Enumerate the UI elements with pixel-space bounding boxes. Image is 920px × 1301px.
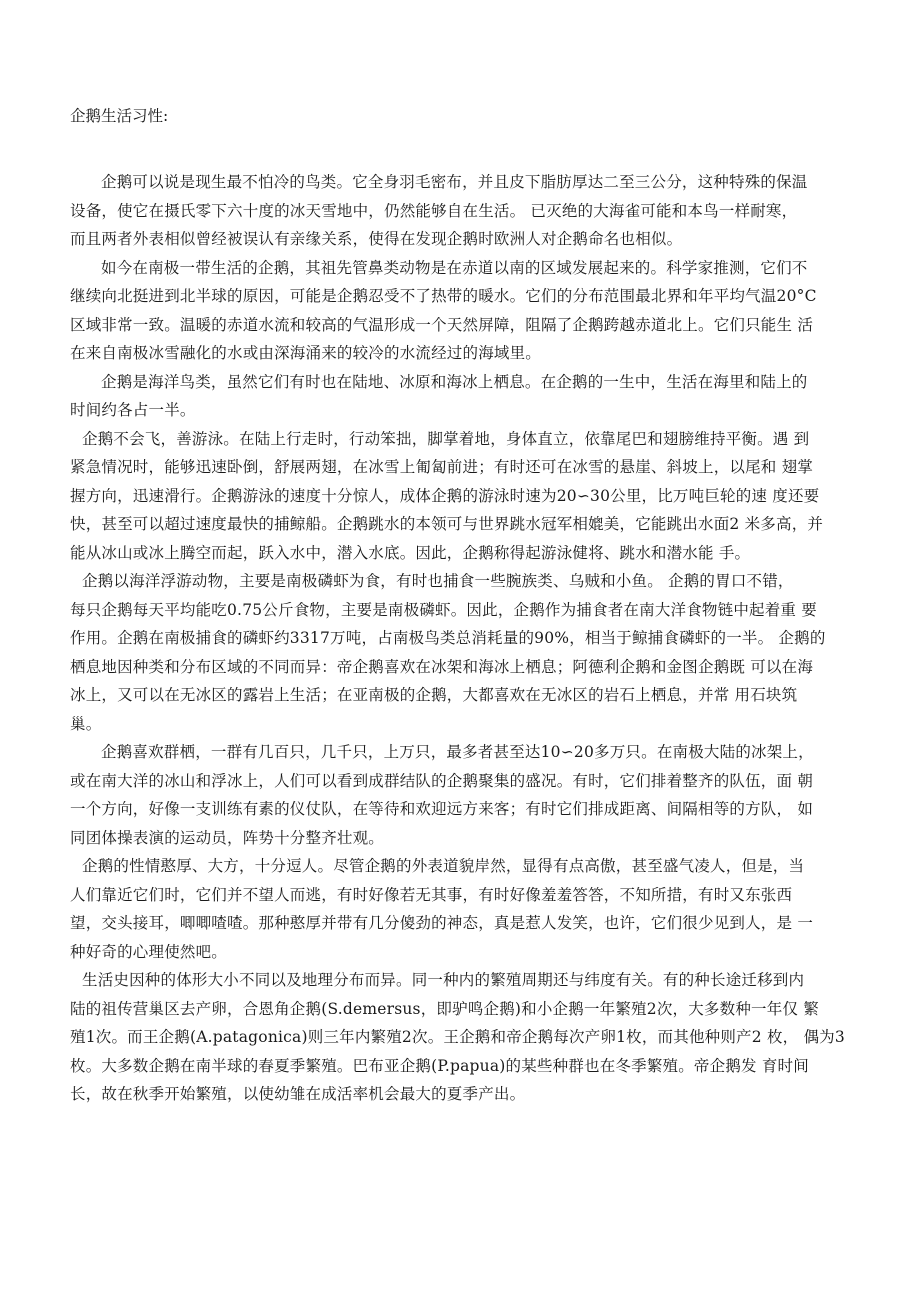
paragraph: 企鹅以海洋浮游动物，主要是南极磷虾为食，有时也捕食一些腕族类、乌贼和小鱼。 企鹅… bbox=[70, 567, 860, 738]
text-line: 同团体操表演的运动员，阵势十分整齐壮观。 bbox=[70, 824, 860, 853]
text-line: 快，甚至可以超过速度最快的捕鲸船。企鹅跳水的本领可与世界跳水冠军相媲美，它能跳出… bbox=[70, 510, 860, 539]
paragraph: 生活史因种的体形大小不同以及地理分布而异。同一种内的繁殖周期还与纬度有关。有的种… bbox=[70, 966, 860, 1109]
text-line: 作用。企鹅在南极捕食的磷虾约3317万吨，占南极鸟类总消耗量的90%，相当于鲸捕… bbox=[70, 624, 860, 653]
text-line: 长，故在秋季开始繁殖，以使幼雏在成活率机会最大的夏季产出。 bbox=[70, 1080, 860, 1109]
text-line: 冰上，又可以在无冰区的露岩上生活；在亚南极的企鹅，大都喜欢在无冰区的岩石上栖息，… bbox=[70, 681, 860, 710]
text-line: 企鹅以海洋浮游动物，主要是南极磷虾为食，有时也捕食一些腕族类、乌贼和小鱼。 企鹅… bbox=[70, 567, 860, 596]
text-line: 而且两者外表相似曾经被误认有亲缘关系，使得在发现企鹅时欧洲人对企鹅命名也相似。 bbox=[70, 225, 860, 254]
text-line: 握方向，迅速滑行。企鹅游泳的速度十分惊人，成体企鹅的游泳时速为20∽30公里，比… bbox=[70, 482, 860, 511]
text-line: 望，交头接耳，唧唧喳喳。那种憨厚并带有几分傻劲的神态，真是惹人发笑，也许，它们很… bbox=[70, 909, 860, 938]
text-line: 殖1次。而王企鹅(A.patagonica)则三年内繁殖2次。王企鹅和帝企鹅每次… bbox=[70, 1023, 860, 1052]
text-line: 企鹅喜欢群栖，一群有几百只，几千只，上万只，最多者甚至达10∽20多万只。在南极… bbox=[70, 738, 860, 767]
paragraph: 企鹅的性情憨厚、大方，十分逗人。尽管企鹅的外表道貌岸然，显得有点高傲，甚至盛气凌… bbox=[70, 852, 860, 966]
text-line: 企鹅不会飞，善游泳。在陆上行走时，行动笨拙，脚掌着地，身体直立，依靠尾巴和翅膀维… bbox=[70, 425, 860, 454]
text-line: 巢。 bbox=[70, 710, 860, 739]
paragraph: 企鹅是海洋鸟类，虽然它们有时也在陆地、冰原和海冰上栖息。在企鹅的一生中，生活在海… bbox=[70, 368, 860, 425]
paragraph: 企鹅可以说是现生最不怕冷的鸟类。它全身羽毛密布，并且皮下脂肪厚达二至三公分，这种… bbox=[70, 168, 860, 254]
text-line: 企鹅是海洋鸟类，虽然它们有时也在陆地、冰原和海冰上栖息。在企鹅的一生中，生活在海… bbox=[70, 368, 860, 397]
paragraph: 如今在南极一带生活的企鹅，其祖先管鼻类动物是在赤道以南的区域发展起来的。科学家推… bbox=[70, 254, 860, 368]
text-line: 每只企鹅每天平均能吃0.75公斤食物，主要是南极磷虾。因此，企鹅作为捕食者在南大… bbox=[70, 596, 860, 625]
text-line: 设备，使它在摄氏零下六十度的冰天雪地中，仍然能够自在生活。 已灭绝的大海雀可能和… bbox=[70, 197, 860, 226]
text-line: 时间约各占一半。 bbox=[70, 396, 860, 425]
document-body: 企鹅可以说是现生最不怕冷的鸟类。它全身羽毛密布，并且皮下脂肪厚达二至三公分，这种… bbox=[70, 168, 860, 1109]
text-line: 如今在南极一带生活的企鹅，其祖先管鼻类动物是在赤道以南的区域发展起来的。科学家推… bbox=[70, 254, 860, 283]
text-line: 或在南大洋的冰山和浮冰上，人们可以看到成群结队的企鹅聚集的盛况。有时，它们排着整… bbox=[70, 767, 860, 796]
text-line: 企鹅可以说是现生最不怕冷的鸟类。它全身羽毛密布，并且皮下脂肪厚达二至三公分，这种… bbox=[70, 168, 860, 197]
text-line: 陆的祖传营巢区去产卵，合恩角企鹅(S.demersus，即驴鸣企鹅)和小企鹅一年… bbox=[70, 995, 860, 1024]
text-line: 枚。大多数企鹅在南半球的春夏季繁殖。巴布亚企鹅(P.papua)的某些种群也在冬… bbox=[70, 1052, 860, 1081]
paragraph: 企鹅喜欢群栖，一群有几百只，几千只，上万只，最多者甚至达10∽20多万只。在南极… bbox=[70, 738, 860, 852]
text-line: 在来自南极冰雪融化的水或由深海涌来的较冷的水流经过的海域里。 bbox=[70, 339, 860, 368]
text-line: 企鹅的性情憨厚、大方，十分逗人。尽管企鹅的外表道貌岸然，显得有点高傲，甚至盛气凌… bbox=[70, 852, 860, 881]
paragraph: 企鹅不会飞，善游泳。在陆上行走时，行动笨拙，脚掌着地，身体直立，依靠尾巴和翅膀维… bbox=[70, 425, 860, 568]
document-title: 企鹅生活习性: bbox=[70, 106, 860, 126]
text-line: 紧急情况时，能够迅速卧倒，舒展两翅，在冰雪上匍匐前进；有时还可在冰雪的悬崖、斜坡… bbox=[70, 453, 860, 482]
text-line: 能从冰山或冰上腾空而起，跃入水中，潜入水底。因此，企鹅称得起游泳健将、跳水和潜水… bbox=[70, 539, 860, 568]
text-line: 生活史因种的体形大小不同以及地理分布而异。同一种内的繁殖周期还与纬度有关。有的种… bbox=[70, 966, 860, 995]
text-line: 栖息地因种类和分布区域的不同而异：帝企鹅喜欢在冰架和海冰上栖息；阿德利企鹅和金图… bbox=[70, 653, 860, 682]
text-line: 区域非常一致。温暖的赤道水流和较高的气温形成一个天然屏障，阻隔了企鹅跨越赤道北上… bbox=[70, 311, 860, 340]
text-line: 继续向北挺进到北半球的原因，可能是企鹅忍受不了热带的暖水。它们的分布范围最北界和… bbox=[70, 282, 860, 311]
text-line: 一个方向，好像一支训练有素的仪仗队，在等待和欢迎远方来客；有时它们排成距离、间隔… bbox=[70, 795, 860, 824]
text-line: 种好奇的心理使然吧。 bbox=[70, 938, 860, 967]
text-line: 人们靠近它们时，它们并不望人而逃，有时好像若无其事，有时好像羞羞答答，不知所措，… bbox=[70, 881, 860, 910]
document-page: 企鹅生活习性: 企鹅可以说是现生最不怕冷的鸟类。它全身羽毛密布，并且皮下脂肪厚达… bbox=[70, 106, 860, 1109]
